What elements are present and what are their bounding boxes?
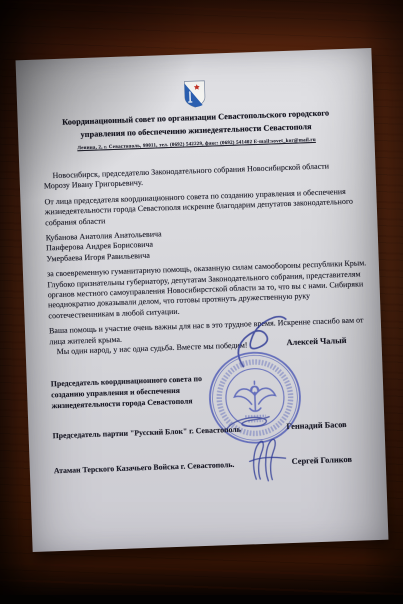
golikov-signature-ink — [247, 436, 289, 483]
photo-background: Координационный совет по организации Сев… — [0, 0, 403, 604]
signatory-title-chalyi: Председатель координационного совета по … — [51, 372, 232, 411]
photo-bottom-black-band — [0, 595, 403, 604]
recipient-city-line: Новосибирск, председателю Законодательно… — [43, 161, 329, 180]
deputies-names-block: Кубанова Анатолия Анатольевича Панферова… — [46, 222, 369, 264]
letter-body: Новосибирск, председателю Законодательно… — [43, 160, 371, 363]
signatory-name-golikov: Сергей Голиков — [292, 455, 353, 466]
sevastopol-coat-of-arms-icon — [183, 80, 206, 109]
deputy-name-3: Умербаева Игоря Равильевича — [46, 251, 150, 264]
recipient-name-line: Морозу Ивану Григорьевичу. — [44, 178, 143, 190]
basov-signature-ink — [224, 413, 273, 435]
letter-document: Координационный совет по организации Сев… — [16, 48, 389, 552]
paragraph-help: за своевременную гуманитарную помощь, ок… — [47, 258, 371, 321]
paragraph-gratitude: От лица председателя координационного со… — [44, 186, 367, 228]
signatory-name-basov: Геннадий Басов — [286, 420, 346, 431]
